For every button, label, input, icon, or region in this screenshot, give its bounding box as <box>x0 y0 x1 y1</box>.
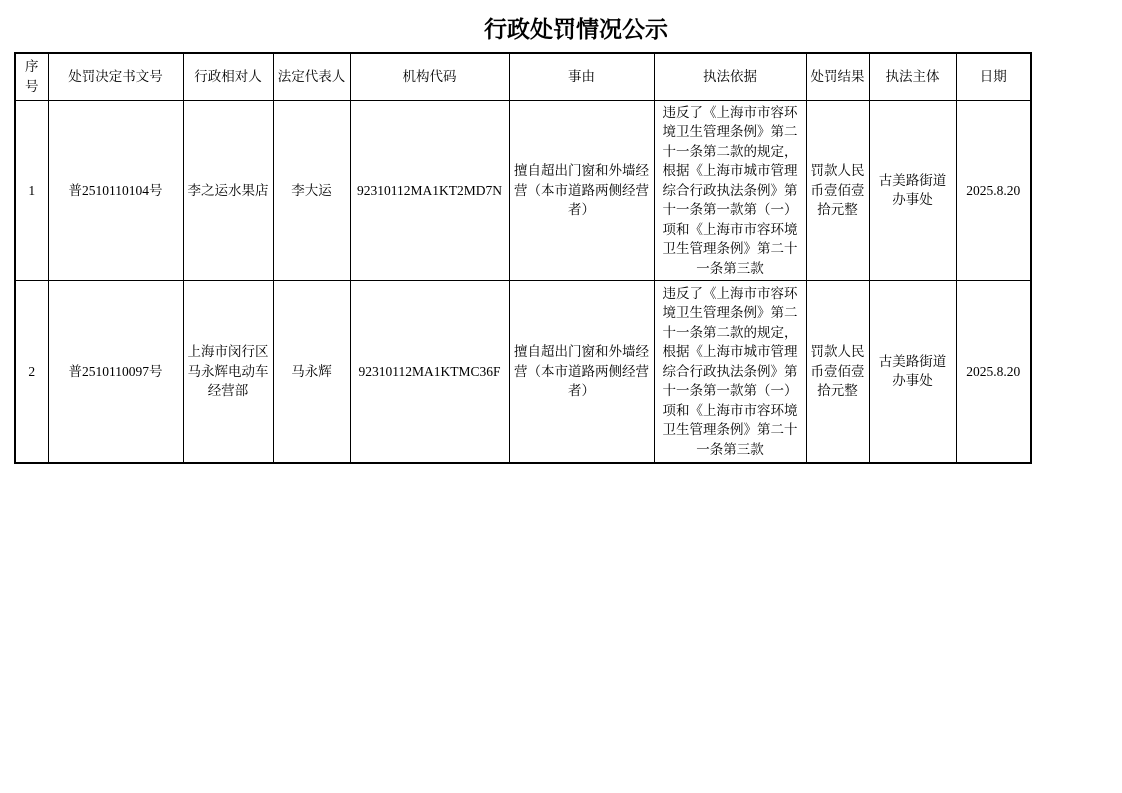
cell-legal-basis: 违反了《上海市市容环境卫生管理条例》第二十一条第二款的规定，根据《上海市城市管理… <box>654 281 806 463</box>
table-header-row: 序号 处罚决定书文号 行政相对人 法定代表人 机构代码 事由 执法依据 处罚结果… <box>15 53 1031 100</box>
cell-reason: 擅自超出门窗和外墙经营（本市道路两侧经营者） <box>509 281 654 463</box>
col-header-doc-no: 处罚决定书文号 <box>48 53 183 100</box>
cell-reason: 擅自超出门窗和外墙经营（本市道路两侧经营者） <box>509 100 654 281</box>
cell-legal-rep: 李大运 <box>273 100 350 281</box>
cell-seq: 1 <box>15 100 48 281</box>
col-header-party: 行政相对人 <box>183 53 273 100</box>
page-title: 行政处罚情况公示 <box>15 0 1122 42</box>
col-header-seq: 序号 <box>15 53 48 100</box>
col-header-org-code: 机构代码 <box>350 53 509 100</box>
cell-authority: 古美路街道办事处 <box>869 281 956 463</box>
cell-org-code: 92310112MA1KTMC36F <box>350 281 509 463</box>
col-header-reason: 事由 <box>509 53 654 100</box>
cell-party: 李之运水果店 <box>183 100 273 281</box>
cell-org-code: 92310112MA1KT2MD7N <box>350 100 509 281</box>
cell-doc-no: 普2510110097号 <box>48 281 183 463</box>
document-page: 行政处罚情况公示 序号 处罚决定书文号 行政相对人 法定代表人 机构代码 事由 … <box>0 0 1122 793</box>
col-header-legal-rep: 法定代表人 <box>273 53 350 100</box>
cell-legal-basis: 违反了《上海市市容环境卫生管理条例》第二十一条第二款的规定，根据《上海市城市管理… <box>654 100 806 281</box>
cell-date: 2025.8.20 <box>956 100 1031 281</box>
cell-seq: 2 <box>15 281 48 463</box>
cell-legal-rep: 马永辉 <box>273 281 350 463</box>
penalty-table: 序号 处罚决定书文号 行政相对人 法定代表人 机构代码 事由 执法依据 处罚结果… <box>14 52 1032 464</box>
cell-result: 罚款人民币壹佰壹拾元整 <box>806 281 869 463</box>
col-header-authority: 执法主体 <box>869 53 956 100</box>
col-header-date: 日期 <box>956 53 1031 100</box>
cell-result: 罚款人民币壹佰壹拾元整 <box>806 100 869 281</box>
table-row: 2 普2510110097号 上海市闵行区马永辉电动车经营部 马永辉 92310… <box>15 281 1031 463</box>
table-row: 1 普2510110104号 李之运水果店 李大运 92310112MA1KT2… <box>15 100 1031 281</box>
cell-authority: 古美路街道办事处 <box>869 100 956 281</box>
cell-party: 上海市闵行区马永辉电动车经营部 <box>183 281 273 463</box>
col-header-result: 处罚结果 <box>806 53 869 100</box>
col-header-basis: 执法依据 <box>654 53 806 100</box>
cell-date: 2025.8.20 <box>956 281 1031 463</box>
cell-doc-no: 普2510110104号 <box>48 100 183 281</box>
